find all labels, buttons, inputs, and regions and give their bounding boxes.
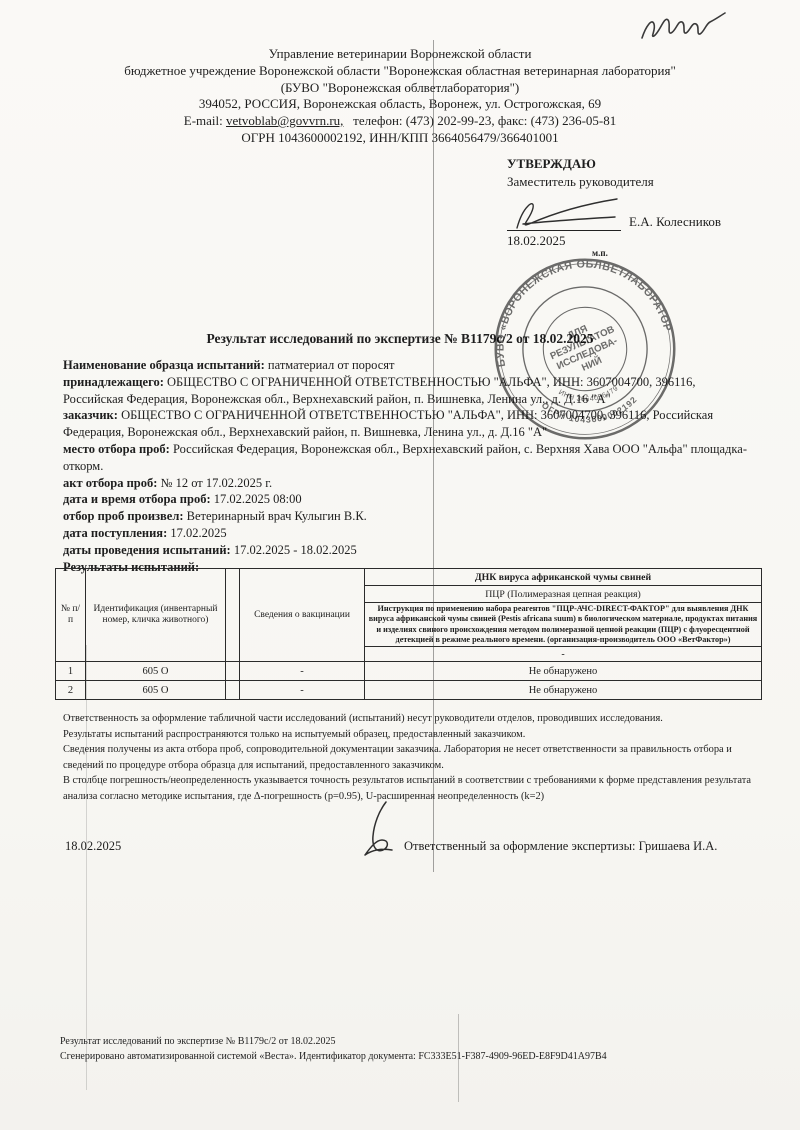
- round-stamp: БУВО «ВОРОНЕЖСКАЯ ОБЛВЕТЛАБОРАТОРИЯ» ОГР…: [486, 252, 684, 446]
- approval-block: УТВЕРЖДАЮ Заместитель руководителя Е.А. …: [507, 155, 763, 250]
- approval-date: 18.02.2025: [507, 232, 763, 250]
- org-contacts: E-mail: vetvoblab@govvrn.ru, телефон: (4…: [40, 113, 760, 130]
- detail-row: отбор проб произвел: Ветеринарный врач К…: [63, 508, 753, 525]
- footnote: В столбце погрешность/неопределенность у…: [63, 773, 757, 804]
- document-footer: Результат исследований по экспертизе № В…: [60, 1035, 607, 1064]
- responsible-person: Ответственный за оформление экспертизы: …: [404, 839, 717, 854]
- org-address: 394052, РОССИЯ, Воронежская область, Вор…: [40, 96, 760, 113]
- stamp-place-label: м.п.: [592, 248, 608, 258]
- org-email: vetvoblab@govvrn.ru,: [226, 113, 343, 128]
- org-registration: ОГРН 1043600002192, ИНН/КПП 3664056479/3…: [40, 130, 760, 147]
- handwritten-scribble: [638, 8, 730, 48]
- approver-signature: [507, 194, 621, 234]
- org-name-line1: Управление ветеринарии Воронежской облас…: [40, 46, 760, 63]
- footnote: Ответственность за оформление табличной …: [63, 711, 757, 727]
- result-header-instruction: Инструкция по применению набора реагенто…: [365, 603, 762, 647]
- approver-signature-line: [507, 192, 621, 231]
- result-header-dash: -: [365, 647, 762, 662]
- table-row: 1 605 О - Не обнаружено: [56, 662, 762, 681]
- col-header-num: № п/п: [56, 569, 86, 662]
- col-header-spacer: [226, 569, 240, 662]
- footnotes: Ответственность за оформление табличной …: [63, 711, 757, 805]
- org-name-line2: бюджетное учреждение Воронежской области…: [40, 63, 760, 80]
- footer-expertise-ref: Результат исследований по экспертизе № В…: [60, 1035, 607, 1050]
- result-header-disease: ДНК вируса африканской чумы свиней: [365, 569, 762, 586]
- footnote: Сведения получены из акта отбора проб, с…: [63, 742, 757, 773]
- responsible-signature: [352, 798, 404, 860]
- table-row: 2 605 О - Не обнаружено: [56, 681, 762, 700]
- org-short-name: (БУВО "Воронежская облветлаборатория"): [40, 80, 760, 97]
- results-table: № п/п Идентификация (инвентарный номер, …: [55, 568, 762, 700]
- approval-heading: УТВЕРЖДАЮ: [507, 155, 763, 173]
- footnote: Результаты испытаний распространяются то…: [63, 727, 757, 743]
- signoff-date: 18.02.2025: [65, 839, 121, 854]
- approver-name: Е.А. Колесников: [629, 213, 721, 232]
- approver-position: Заместитель руководителя: [507, 173, 763, 191]
- detail-row: место отбора проб: Российская Федерация,…: [63, 441, 753, 475]
- col-header-identification: Идентификация (инвентарный номер, кличка…: [86, 569, 226, 662]
- detail-row: дата поступления: 17.02.2025: [63, 525, 753, 542]
- result-header-method: ПЦР (Полимеразная цепная реакция): [365, 586, 762, 603]
- detail-row: акт отбора проб: № 12 от 17.02.2025 г.: [63, 475, 753, 492]
- org-phone-fax: телефон: (473) 202-99-23, факс: (473) 23…: [353, 113, 616, 128]
- letterhead: Управление ветеринарии Воронежской облас…: [40, 46, 760, 147]
- email-label: E-mail:: [184, 113, 223, 128]
- detail-row: даты проведения испытаний: 17.02.2025 - …: [63, 542, 753, 559]
- detail-row: дата и время отбора проб: 17.02.2025 08:…: [63, 491, 753, 508]
- footer-generated-note: Сгенерировано автоматизированной системо…: [60, 1050, 607, 1065]
- col-header-vaccination: Сведения о вакцинации: [240, 569, 365, 662]
- scanned-document-page: Управление ветеринарии Воронежской облас…: [0, 0, 800, 1130]
